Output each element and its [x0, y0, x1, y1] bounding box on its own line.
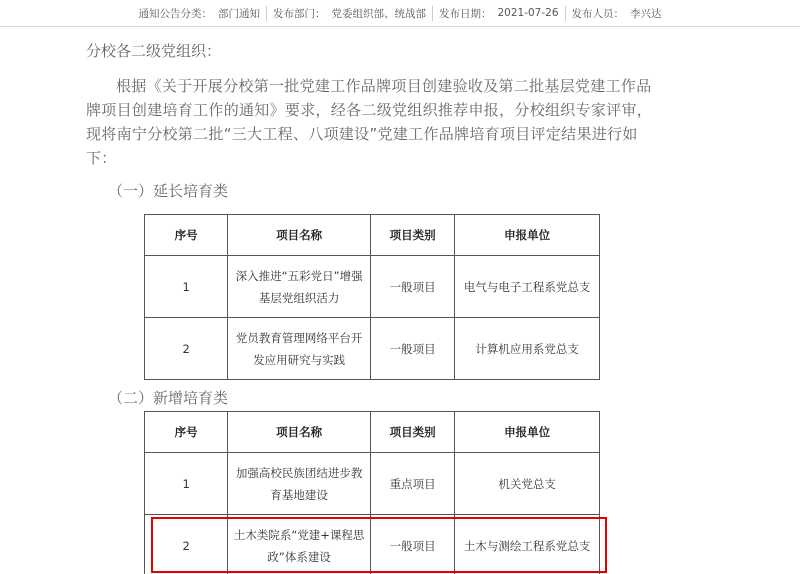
meta-publisher-value: 李兴达	[630, 6, 662, 21]
section-title-new: （二）新增培育类	[108, 387, 228, 408]
cell-no: 1	[145, 453, 228, 515]
cell-unit: 机关党总支	[455, 453, 600, 515]
table-row: 1 深入推进“五彩党日”增强基层党组织活力 一般项目 电气与电子工程系党总支	[145, 256, 600, 318]
table-extended-projects: 序号 项目名称 项目类别 申报单位 1 深入推进“五彩党日”增强基层党组织活力 …	[144, 214, 600, 380]
cell-name: 加强高校民族团结进步教育基地建设	[228, 453, 371, 515]
body-paragraph: 根据《关于开展分校第一批党建工作品牌项目创建验收及第二批基层党建工作品牌项目创建…	[86, 74, 666, 170]
table-row: 1 加强高校民族团结进步教育基地建设 重点项目 机关党总支	[145, 453, 600, 515]
header-unit: 申报单位	[455, 412, 600, 453]
header-unit: 申报单位	[455, 215, 600, 256]
cell-no: 1	[145, 256, 228, 318]
meta-category: 通知公告分类： 部门通知	[132, 6, 266, 21]
cell-no: 2	[145, 515, 228, 574]
cell-name: 深入推进“五彩党日”增强基层党组织活力	[228, 256, 371, 318]
cell-unit: 土木与测绘工程系党总支	[455, 515, 600, 574]
header-name: 项目名称	[228, 215, 371, 256]
header-name: 项目名称	[228, 412, 371, 453]
meta-category-label: 通知公告分类：	[138, 6, 212, 21]
meta-category-value: 部门通知	[218, 6, 260, 21]
cell-name: 土木类院系“党建+课程思政”体系建设	[228, 515, 371, 574]
section-title-extended: （一）延长培育类	[108, 180, 228, 201]
header-type: 项目类别	[371, 215, 455, 256]
meta-date-value: 2021-07-26	[497, 7, 558, 19]
table-header-row: 序号 项目名称 项目类别 申报单位	[145, 412, 600, 453]
meta-date: 发布日期： 2021-07-26	[432, 6, 565, 21]
cell-type: 一般项目	[371, 318, 455, 380]
meta-publisher: 发布人员： 李兴达	[565, 6, 668, 21]
meta-department: 发布部门： 党委组织部、统战部	[266, 6, 432, 21]
table-row: 2 土木类院系“党建+课程思政”体系建设 一般项目 土木与测绘工程系党总支	[145, 515, 600, 574]
cell-unit: 电气与电子工程系党总支	[455, 256, 600, 318]
cell-unit: 计算机应用系党总支	[455, 318, 600, 380]
meta-department-label: 发布部门：	[273, 6, 326, 21]
header-type: 项目类别	[371, 412, 455, 453]
cell-name: 党员教育管理网络平台开发应用研究与实践	[228, 318, 371, 380]
cell-type: 一般项目	[371, 515, 455, 574]
table-row: 2 党员教育管理网络平台开发应用研究与实践 一般项目 计算机应用系党总支	[145, 318, 600, 380]
header-no: 序号	[145, 412, 228, 453]
table-new-projects: 序号 项目名称 项目类别 申报单位 1 加强高校民族团结进步教育基地建设 重点项…	[144, 411, 600, 574]
salutation: 分校各二级党组织：	[86, 40, 221, 62]
cell-no: 2	[145, 318, 228, 380]
table-header-row: 序号 项目名称 项目类别 申报单位	[145, 215, 600, 256]
notice-meta-bar: 通知公告分类： 部门通知 发布部门： 党委组织部、统战部 发布日期： 2021-…	[0, 0, 800, 27]
meta-department-value: 党委组织部、统战部	[331, 6, 426, 21]
meta-publisher-label: 发布人员：	[572, 6, 625, 21]
cell-type: 一般项目	[371, 256, 455, 318]
meta-date-label: 发布日期：	[439, 6, 492, 21]
header-no: 序号	[145, 215, 228, 256]
cell-type: 重点项目	[371, 453, 455, 515]
